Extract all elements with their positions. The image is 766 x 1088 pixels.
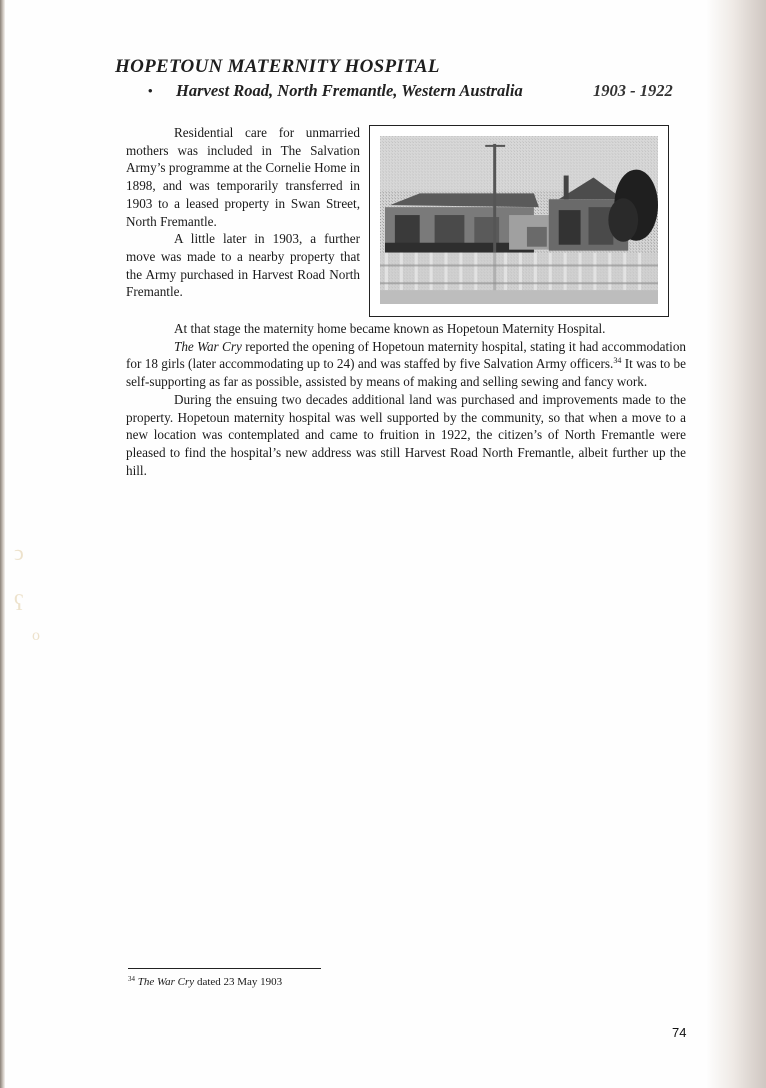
paragraph-2: A little later in 1903, a further move w… [126,230,360,301]
body-text: At that stage the maternity home became … [126,320,686,479]
hospital-photo [380,136,658,304]
paragraph-1: Residential care for unmarried mothers w… [126,124,360,230]
address: Harvest Road, North Fremantle, Western A… [176,81,523,101]
paragraph-4: The War Cry reported the opening of Hope… [126,338,686,391]
paragraph-5: During the ensuing two decades additiona… [126,391,686,480]
page-title: HOPETOUN MATERNITY HOSPITAL [115,56,440,78]
footnote-publication: The War Cry [138,976,194,988]
footnote-text: dated 23 May 1903 [194,976,282,988]
year-range: 1903 - 1922 [593,81,673,101]
footnote-separator [128,968,321,969]
bullet-icon: • [148,81,153,101]
ink-bleed-mark: o [32,627,40,645]
hospital-photo-frame [369,125,669,317]
page-number: 74 [672,1025,686,1040]
publication-title: The War Cry [174,339,242,354]
page-right-edge-shadow [706,0,766,1088]
footnote-number: 34 [128,975,135,983]
intro-column: Residential care for unmarried mothers w… [126,124,360,301]
paragraph-3: At that stage the maternity home became … [126,320,686,338]
hospital-photo-illustration [380,136,658,304]
footnote: 34 The War Cry dated 23 May 1903 [128,976,282,988]
ink-bleed-mark: ʕ [14,590,24,616]
ink-bleed-mark: ↄ [14,540,24,566]
page-left-edge-shadow [0,0,5,1088]
